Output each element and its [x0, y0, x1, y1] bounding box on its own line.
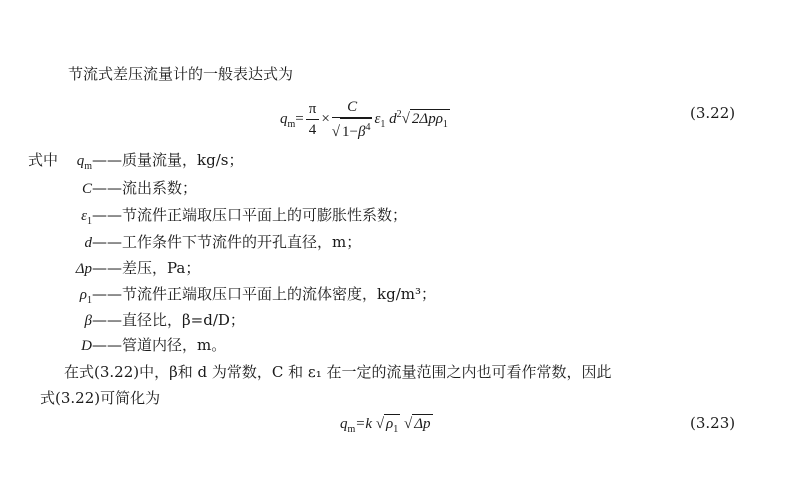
definition-item: D——管道内径，m。: [64, 335, 226, 356]
paragraph-line-2: 式(3.22)可简化为: [40, 388, 160, 408]
definition-item: ε1——节流件正端取压口平面上的可膨胀性系数；: [64, 205, 407, 232]
definition-item: d——工作条件下节流件的开孔直径，m；: [64, 232, 361, 253]
equation-number-3-22: (3.22): [690, 104, 735, 122]
definition-item: Δp——差压，Pa；: [64, 258, 200, 279]
definition-item: C——流出系数；: [64, 178, 197, 199]
equation-number-3-23: (3.23): [690, 414, 735, 432]
paragraph-line-1: 在式(3.22)中，β和 d 为常数，C 和 ε₁ 在一定的流量范围之内也可看作…: [64, 362, 611, 382]
equation-3-22: qm=π4×C√1−β4ε1 d2√2Δpρ1: [280, 92, 450, 138]
definition-item: ρ1——节流件正端取压口平面上的流体密度，kg/m³；: [64, 284, 436, 311]
where-label: 式中: [28, 150, 58, 170]
equation-3-23: qm=k √ρ1 √Δp: [340, 414, 433, 440]
intro-text: 节流式差压流量计的一般表达式为: [68, 64, 293, 84]
definition-item: qm——质量流量，kg/s；: [64, 150, 243, 177]
definition-item: β——直径比，β=d/D；: [64, 310, 245, 331]
sqrt-term: 2Δpρ1: [410, 109, 450, 134]
c-fraction: C√1−β4: [332, 97, 373, 142]
pi-over-4: π4: [306, 99, 320, 140]
eq-lhs: qm: [280, 111, 295, 127]
